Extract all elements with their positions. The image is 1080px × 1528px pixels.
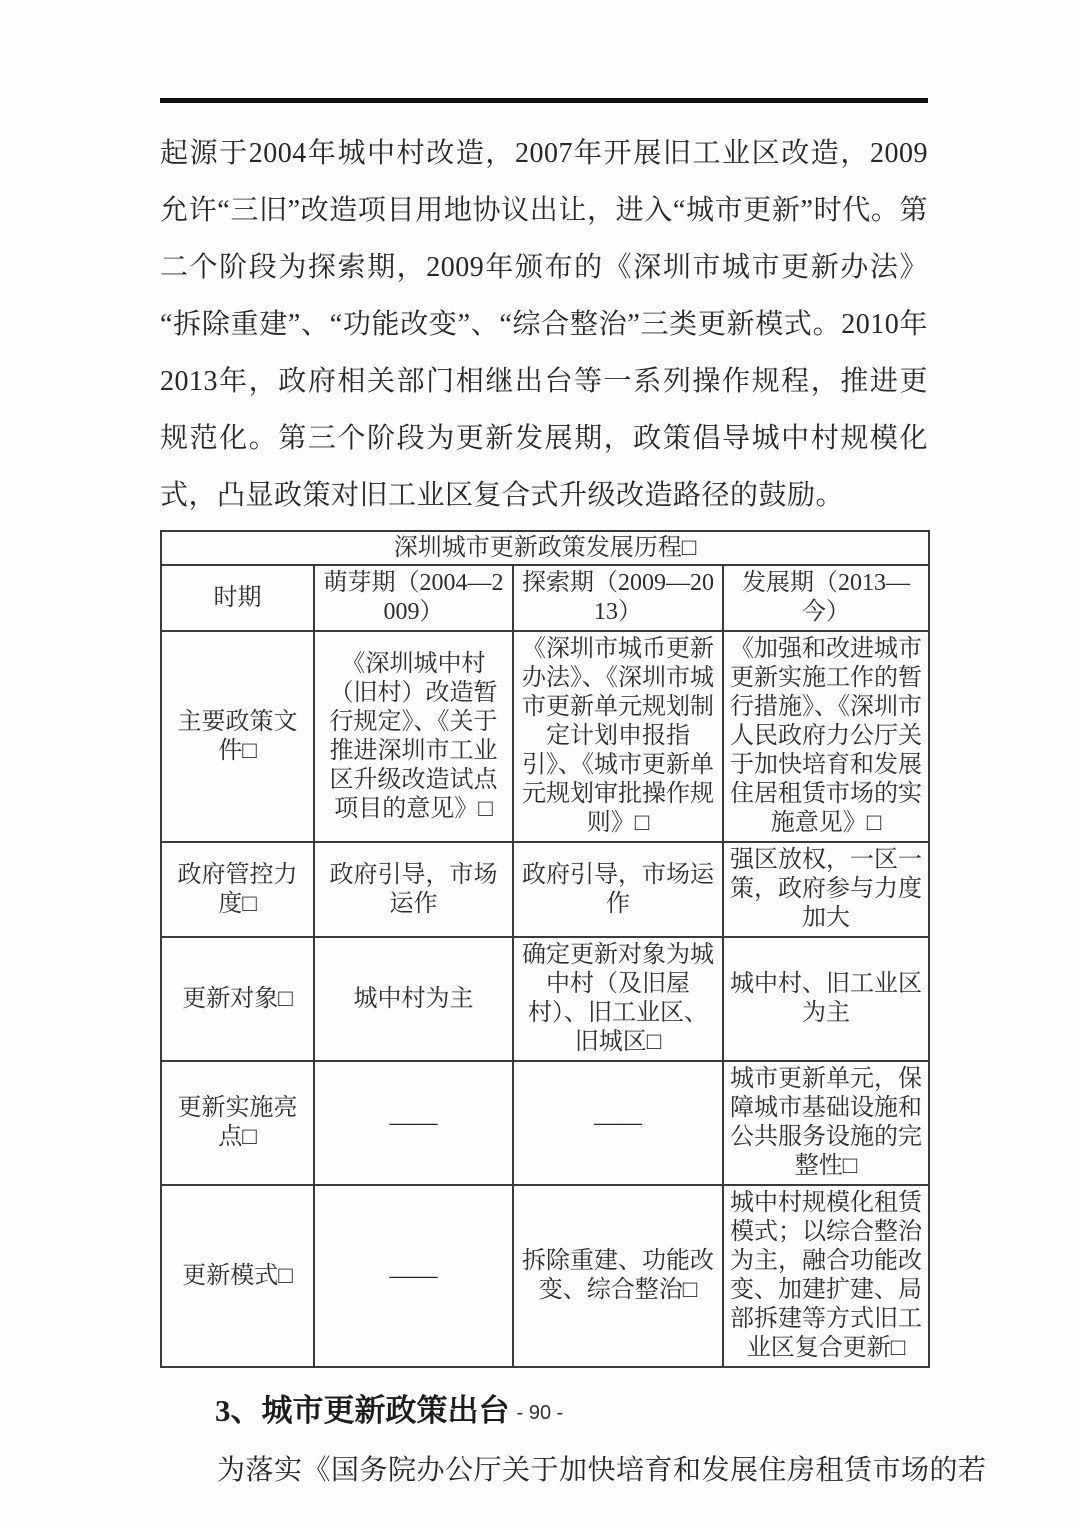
table-row-implementation-highlights: 更新实施亮点□ —— —— 城市更新单元，保障城市基础设施和公共服务设施的完整性… [161, 1061, 929, 1185]
urban-renewal-policy-table: 深圳城市更新政策发展历程□ 时期 萌芽期（2004—2009） 探索期（2009… [160, 530, 930, 1368]
table-cell: 政府引导，市场运作 [314, 842, 513, 937]
table-cell: 政府引导，市场运作 [513, 842, 723, 937]
paragraph-line: “拆除重建”、“功能改变”、“综合整治”三类更新模式。2010年至 [160, 296, 928, 353]
header-cell-development: 发展期（2013—今） [723, 565, 929, 631]
paragraph-line: 2013年，政府相关部门相继出台等一系列操作规程，推进更新项目 [160, 353, 928, 410]
row-label: 更新对象□ [161, 937, 314, 1061]
table-cell: 城中村为主 [314, 937, 513, 1061]
table-cell: —— [314, 1061, 513, 1185]
table-cell: 《深圳市城币更新办法》、《深圳市城市更新单元规划制定计划申报指引》、《城市更新单… [513, 631, 723, 842]
row-label: 政府管控力度□ [161, 842, 314, 937]
header-cell-germination: 萌芽期（2004—2009） [314, 565, 513, 631]
header-rule [160, 98, 928, 103]
paragraph-line: 允许“三旧”改造项目用地协议出让，进入“城市更新”时代。第 [160, 182, 928, 239]
table-cell: —— [513, 1061, 723, 1185]
page-number: - 90 - [0, 1402, 1080, 1425]
table-cell: 城中村规模化租赁模式；以综合整治为主，融合功能改变、加建扩建、局部拆建等方式旧工… [723, 1185, 929, 1367]
table-title: 深圳城市更新政策发展历程□ [161, 531, 929, 565]
header-cell-exploration: 探索期（2009—2013） [513, 565, 723, 631]
table-cell: 城中村、旧工业区为主 [723, 937, 929, 1061]
header-cell-period: 时期 [161, 565, 314, 631]
paragraph-line: 式，凸显政策对旧工业区复合式升级改造路径的鼓励。 [160, 467, 928, 524]
row-label: 更新实施亮点□ [161, 1061, 314, 1185]
paragraph-line: 起源于2004年城中村改造，2007年开展旧工业区改造，2009年政策 [160, 125, 928, 182]
table-title-row: 深圳城市更新政策发展历程□ [161, 531, 929, 565]
table-cell: 强区放权，一区一策，政府参与力度加大 [723, 842, 929, 937]
table-row-policy-documents: 主要政策文件□ 《深圳城中村（旧村）改造暂行规定》、《关于推进深圳市工业区升级改… [161, 631, 929, 842]
table-header-row: 时期 萌芽期（2004—2009） 探索期（2009—2013） 发展期（201… [161, 565, 929, 631]
table-cell: 确定更新对象为城中村（及旧屋村）、旧工业区、旧城区□ [513, 937, 723, 1061]
table-row-government-control: 政府管控力度□ 政府引导，市场运作 政府引导，市场运作 强区放权，一区一策，政府… [161, 842, 929, 937]
closing-paragraph: 为落实《国务院办公厅关于加快培育和发展住房租赁市场的若 [160, 1446, 928, 1496]
table-cell: 《加强和改进城市更新实施工作的暂行措施》、《深圳市人民政府力公厅关于加快培育和发… [723, 631, 929, 842]
page-content: 起源于2004年城中村改造，2007年开展旧工业区改造，2009年政策 允许“三… [160, 0, 928, 1496]
table-cell: 《深圳城中村（旧村）改造暂行规定》、《关于推进深圳市工业区升级改造试点项目的意见… [314, 631, 513, 842]
document-page: 起源于2004年城中村改造，2007年开展旧工业区改造，2009年政策 允许“三… [0, 0, 1080, 1528]
paragraph-line: 规范化。第三个阶段为更新发展期，政策倡导城中村规模化租赁模 [160, 410, 928, 467]
table-cell: 拆除重建、功能改变、综合整治□ [513, 1185, 723, 1367]
table-cell: 城市更新单元，保障城市基础设施和公共服务设施的完整性□ [723, 1061, 929, 1185]
body-paragraph: 起源于2004年城中村改造，2007年开展旧工业区改造，2009年政策 允许“三… [160, 125, 928, 524]
paragraph-line: 二个阶段为探索期，2009年颁布的《深圳市城市更新办法》规定了 [160, 239, 928, 296]
table-row-renewal-modes: 更新模式□ —— 拆除重建、功能改变、综合整治□ 城中村规模化租赁模式；以综合整… [161, 1185, 929, 1367]
table-cell: —— [314, 1185, 513, 1367]
row-label: 主要政策文件□ [161, 631, 314, 842]
row-label: 更新模式□ [161, 1185, 314, 1367]
table-row-renewal-targets: 更新对象□ 城中村为主 确定更新对象为城中村（及旧屋村）、旧工业区、旧城区□ 城… [161, 937, 929, 1061]
